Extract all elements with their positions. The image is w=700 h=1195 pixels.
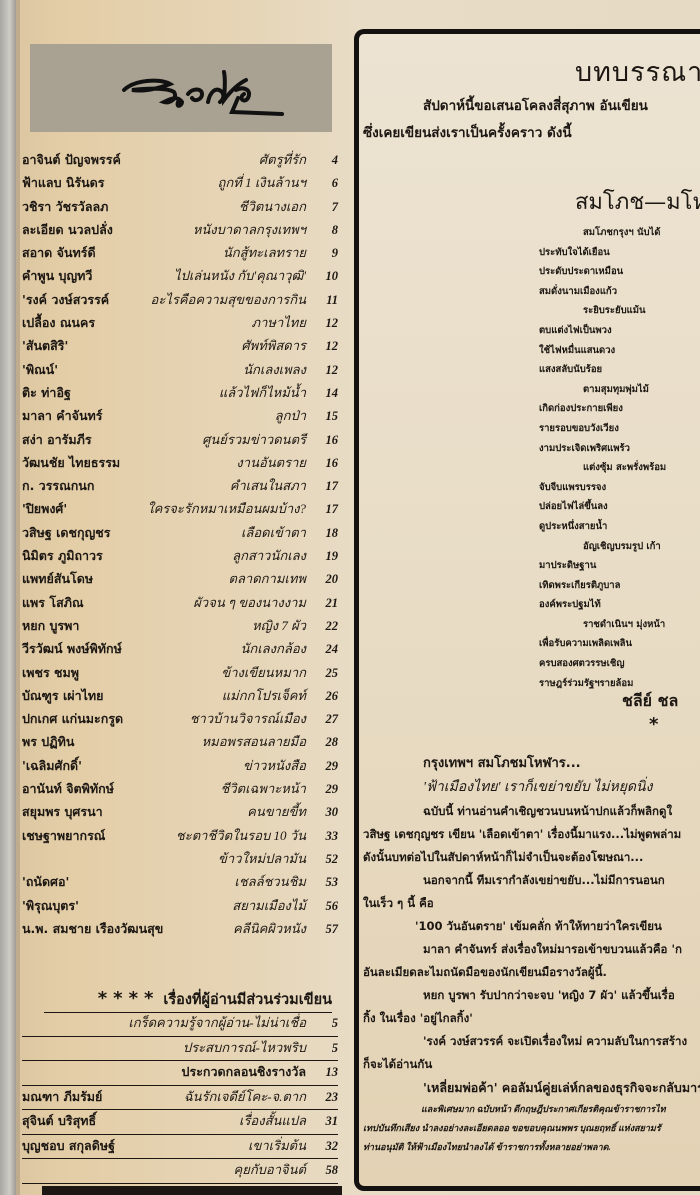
entry-title: ถูกที่ 1 เงินล้านฯ xyxy=(105,171,316,194)
entry-page: 17 xyxy=(316,498,338,521)
paragraph: และพิเศษมาก ฉบับหน้า ดีกฤษฎีประกาศเกียรต… xyxy=(363,1100,700,1119)
entry-page: 7 xyxy=(316,196,338,219)
entry-title: ข่าวหนังสือ xyxy=(82,754,316,777)
entry-page: 5 xyxy=(316,1037,338,1059)
contents-entry[interactable]: วีรวัฒน์ พงษ์พิทักษ์นักเลงกล้อง24 xyxy=(22,637,338,660)
asterisk-icons: **** xyxy=(98,988,160,1009)
paragraph: มาลา คำจันทร์ ส่งเรื่องใหม่มารอเข้าขบวนแ… xyxy=(363,938,700,961)
intro-line: สัปดาห์นี้ขอเสนอโคลงสี่สุภาพ อันเขียน xyxy=(363,93,700,120)
entry-title: ภาษาไทย xyxy=(95,311,316,334)
entry-page: 22 xyxy=(316,615,338,638)
entry-title: ชาวบ้านวิจารณ์เมือง xyxy=(123,707,316,730)
entry-title: แล้วไฟก็ไหม้น้ำ xyxy=(71,381,316,404)
entry-author: เปลื้อง ณนคร xyxy=(22,311,95,334)
contents-entry[interactable]: วชิรา วัชรวัลลภชีวิตนางเอก7 xyxy=(22,195,338,218)
entry-page: 27 xyxy=(316,708,338,731)
entry-page: 16 xyxy=(316,452,338,475)
paragraph: อันละเมียดละไมถนัดมือของนักเขียนมือรางวั… xyxy=(363,961,700,984)
entry-page: 13 xyxy=(316,1061,338,1083)
entry-title: ศูนย์รวมข่าวดนตรี xyxy=(92,428,316,451)
entry-author: สอาด จันทร์ดี xyxy=(22,241,96,264)
poem-line: ครบสองศตวรรษเชิญ xyxy=(539,654,700,674)
entry-author: 'พิณน์' xyxy=(22,358,58,381)
poem-line: เกิดก่องประกายเพียง xyxy=(539,399,700,419)
entry-page: 24 xyxy=(316,638,338,661)
contents-entry[interactable]: สง่า อารัมภีรศูนย์รวมข่าวดนตรี16 xyxy=(22,428,338,451)
contents-entry[interactable]: วสิษฐ เดชกุญชรเลือดเข้าตา18 xyxy=(22,521,338,544)
poem-line: องค์พระปฐมไท้ xyxy=(539,595,700,615)
poem-line: ตบแต่งไฟเป็นพวง xyxy=(539,321,700,341)
poem-line: รายรอบขอบวังเวียง xyxy=(539,419,700,439)
entry-author: นิมิตร ภูมิถาวร xyxy=(22,544,103,567)
entry-title: นักสู้ทะเลทราย xyxy=(96,241,316,264)
contents-entry[interactable]: นิมิตร ภูมิถาวรลูกสาวนักเลง19 xyxy=(22,544,338,567)
entry-page: 19 xyxy=(316,545,338,568)
editorial-box: บทบรรณาธิการ สัปดาห์นี้ขอเสนอโคลงสี่สุภา… xyxy=(354,29,700,1191)
paragraph: ในเร็ว ๆ นี้ คือ xyxy=(363,892,700,915)
paragraph: กิ้ง ในเรื่อง 'อยู่ไกลกิ้ง' xyxy=(363,1007,700,1030)
entry-author: 'สันตสิริ' xyxy=(22,334,68,357)
poem-line: ปล่อยไฟไล่ขึ้นลง xyxy=(539,497,700,517)
entry-page: 32 xyxy=(316,1135,338,1157)
entry-title: หนังบาดาลกรุงเทพฯ xyxy=(113,218,316,241)
entry-author: 'ถนัดศอ' xyxy=(22,870,69,893)
entry-title: เกร็ดความรู้จากผู้อ่าน-ไม่น่าเชื่อ xyxy=(22,1012,316,1034)
contents-entry[interactable]: เชษฐาพยากรณ์ชะตาชีวิตในรอบ 10 วัน33 xyxy=(22,824,338,847)
entry-page: 29 xyxy=(316,755,338,778)
entry-title: คนขายขี้ท xyxy=(103,800,316,823)
entry-page: 12 xyxy=(316,359,338,382)
entry-page: 9 xyxy=(316,242,338,265)
contents-entry[interactable]: คำพูน บุญทวีไปเล่นหนัง กับ'คุณาวุฒิ'10 xyxy=(22,264,338,287)
entry-title: ชะตาชีวิตในรอบ 10 วัน xyxy=(105,824,316,847)
entry-author: 'รงค์ วงษ์สวรรค์ xyxy=(22,288,109,311)
poem-line: แสงสลับนับร้อย xyxy=(539,360,700,380)
entry-author: อานันท์ จิตพิทักษ์ xyxy=(22,777,114,800)
entry-page: 8 xyxy=(316,219,338,242)
entry-title: นักเลงเพลง xyxy=(58,358,316,381)
entry-title: เรื่องสั้นแปล xyxy=(96,1110,316,1132)
editorial-body: กรุงเทพฯ สมโภชมโหฬาร... 'ฟ้าเมืองไทย' เร… xyxy=(363,752,700,1157)
contents-entry[interactable]: แพร โสภิณผัวจน ๆ ของนางงาม21 xyxy=(22,591,338,614)
entry-page: 23 xyxy=(316,1086,338,1108)
entry-title: ไปเล่นหนัง กับ'คุณาวุฒิ' xyxy=(92,264,316,287)
contents-entry[interactable]: สอาด จันทร์ดีนักสู้ทะเลทราย9 xyxy=(22,241,338,264)
entry-title: ข้างเขียนหมาก xyxy=(79,661,316,684)
binding-shadow xyxy=(16,0,20,1195)
contents-entry[interactable]: หยก บูรพาหญิง 7 ผัว22 xyxy=(22,614,338,637)
entry-page: 14 xyxy=(316,382,338,405)
page-binding xyxy=(0,0,16,1195)
poem-line: เพื่อรับความเพลิดเพลิน xyxy=(539,634,700,654)
entry-title: ประสบการณ์-ไหวพริบ xyxy=(22,1037,316,1059)
poem-line: ใช้ไฟหมื่นแสนดวง xyxy=(539,341,700,361)
entry-page: 26 xyxy=(316,685,338,708)
poem-line: มาประดิษฐาน xyxy=(539,556,700,576)
poem-line: สมดั่งนามเมืองแก้ว xyxy=(539,282,700,302)
entry-title: ใครจะรักหมาเหมือนผมบ้าง? xyxy=(67,497,316,520)
entry-author: ละเอียด นวลปลั่ง xyxy=(22,218,113,241)
entry-page: 20 xyxy=(316,568,338,591)
entry-author: วีรวัฒน์ พงษ์พิทักษ์ xyxy=(22,637,122,660)
entry-author: สง่า อารัมภีร xyxy=(22,428,92,451)
contents-entry[interactable]: 'ปิยพงศ์'ใครจะรักหมาเหมือนผมบ้าง?17 xyxy=(22,497,338,520)
entry-page: 10 xyxy=(316,265,338,288)
entry-page: 33 xyxy=(316,825,338,848)
contents-entry[interactable]: พร ปฏิทินหมอพรสอนลายมือ28 xyxy=(22,730,338,753)
paragraph: ฉบับนี้ ท่านอ่านคำเชิญชวนบนหน้าปกแล้วก็พ… xyxy=(363,800,700,823)
entry-page: 12 xyxy=(316,312,338,335)
entry-page: 53 xyxy=(316,871,338,894)
entry-page: 28 xyxy=(316,731,338,754)
entry-title: ลูกป่า xyxy=(103,404,317,427)
entry-author: ติะ ท่าอิฐ xyxy=(22,381,71,404)
entry-page: 16 xyxy=(316,429,338,452)
entry-title: เขาเริ่มต้น xyxy=(115,1135,316,1157)
paragraph: ก็จะได้อ่านกัน xyxy=(363,1053,700,1076)
reader-entry[interactable]: ประกวดกลอนชิงรางวัล13 xyxy=(22,1061,338,1086)
contents-entry[interactable]: มาลา คำจันทร์ลูกป่า15 xyxy=(22,404,338,427)
poem-line: ราชดำเนินฯ มุ่งหน้า xyxy=(539,615,700,635)
contents-entry[interactable]: ติะ ท่าอิฐแล้วไฟก็ไหม้น้ำ14 xyxy=(22,381,338,404)
entry-title: เชลล์ชวนชิม xyxy=(69,870,316,893)
entry-page: 31 xyxy=(316,1110,338,1132)
entry-author: มณฑา ภีมรัมย์ xyxy=(22,1086,102,1108)
entry-title: คำเสนในสภา xyxy=(94,474,316,497)
contents-calligraphy-logo: สารบัญ xyxy=(120,62,290,122)
poem-title: สมโภช—มโห xyxy=(575,184,700,219)
paragraph: '100 วันอันตราย' เข้มคลั่ก ท้าให้ทายว่าใ… xyxy=(363,915,700,938)
entry-page: 11 xyxy=(316,289,338,312)
table-of-contents: สารบัญ อาจินต์ ปัญจพรรค์ศัตรูที่รัก4 ฟ้า… xyxy=(22,0,342,1195)
entry-title: อะไรคือความสุขของการกิน xyxy=(109,288,316,311)
entry-title: ชีวิตเฉพาะหน้า xyxy=(114,777,316,800)
contents-entry[interactable]: น.พ. สมชาย เรืองวัฒนสุขคลีนิคผิวหนัง57 xyxy=(22,917,338,940)
reader-entry[interactable]: บุญชอบ สกุลดิษฐ์เขาเริ่มต้น32 xyxy=(22,1135,338,1160)
reader-entry[interactable]: เกร็ดความรู้จากผู้อ่าน-ไม่น่าเชื่อ5 xyxy=(22,1012,338,1037)
entry-page: 18 xyxy=(316,522,338,545)
editorial-intro: สัปดาห์นี้ขอเสนอโคลงสี่สุภาพ อันเขียน ซึ… xyxy=(363,93,700,147)
entry-title: ฉันรักเจดีย์โคะ-จ.ตาก xyxy=(102,1086,316,1108)
poem-line: ดูประหนึ่งสายน้ำ xyxy=(539,517,700,537)
contents-entry[interactable]: 'เฉลิมศักดิ์'ข่าวหนังสือ29 xyxy=(22,754,338,777)
reader-section-heading: ****เรื่องที่ผู้อ่านมีส่วนร่วมเขียน xyxy=(44,988,332,1013)
entry-title: แม่กกโปรเจ็คท์ xyxy=(103,684,316,707)
entry-page: 15 xyxy=(316,405,338,428)
magazine-page: สารบัญ อาจินต์ ปัญจพรรค์ศัตรูที่รัก4 ฟ้า… xyxy=(0,0,700,1195)
entry-author: สุจินต์ บริสุทธิ์ xyxy=(22,1110,96,1132)
entry-author: วัฒนชัย ไทยธรรม xyxy=(22,451,120,474)
entry-title: หมอพรสอนลายมือ xyxy=(74,730,316,753)
poem-line: ตามสุมทุมพุ่มไม้ xyxy=(539,380,700,400)
entry-author: แพร โสภิณ xyxy=(22,591,84,614)
contents-entry[interactable]: เพชร ชมพูข้างเขียนหมาก25 xyxy=(22,661,338,684)
entry-title: ลูกสาวนักเลง xyxy=(103,544,316,567)
entry-title: คุยกับอาจินต์ xyxy=(22,1159,316,1181)
entry-page: 57 xyxy=(316,918,338,941)
paragraph: 'ฟ้าเมืองไทย' เราก็เขย่าขยับ ไม่หยุดนิ่ง xyxy=(363,776,700,800)
paragraph: เทปบันทึกเสียง นำลงอย่างละเอียดลออ ขอขอบ… xyxy=(363,1119,700,1138)
contents-logo-box: สารบัญ xyxy=(30,44,332,132)
paragraph: วสิษฐ เดชกุญชร เขียน 'เลือดเข้าตา' เรื่อ… xyxy=(363,823,700,846)
entry-title: ตลาดกามเทพ xyxy=(93,567,316,590)
poem-line: ระยิบระยับแม้น xyxy=(539,301,700,321)
entry-author: มาลา คำจันทร์ xyxy=(22,404,103,427)
entry-title: ประกวดกลอนชิงรางวัล xyxy=(22,1061,316,1083)
contents-entry[interactable]: เปลื้อง ณนครภาษาไทย12 xyxy=(22,311,338,334)
reader-section-title: เรื่องที่ผู้อ่านมีส่วนร่วมเขียน xyxy=(163,992,332,1008)
entry-page: 29 xyxy=(316,778,338,801)
poem-line: ประทับใจได้เยือน xyxy=(539,243,700,263)
poem-line: เทิดพระเกียรติภูบาล xyxy=(539,576,700,596)
entry-title: เลือดเข้าตา xyxy=(110,521,316,544)
entry-page: 58 xyxy=(316,1159,338,1181)
entry-title: นักเลงกล้อง xyxy=(122,637,316,660)
entry-author: หยก บูรพา xyxy=(22,614,79,637)
reader-entry[interactable]: คุยกับอาจินต์58 xyxy=(22,1159,338,1184)
entry-author: น.พ. สมชาย เรืองวัฒนสุข xyxy=(22,917,163,940)
paragraph: กรุงเทพฯ สมโภชมโหฬาร... xyxy=(363,752,700,776)
entry-author: แพทย์สันโดษ xyxy=(22,567,93,590)
contents-entry[interactable]: ฟ้าแลบ นิรันดรถูกที่ 1 เงินล้านฯ6 xyxy=(22,171,338,194)
contents-entry[interactable]: ละเอียด นวลปลั่งหนังบาดาลกรุงเทพฯ8 xyxy=(22,218,338,241)
reader-entry[interactable]: มณฑา ภีมรัมย์ฉันรักเจดีย์โคะ-จ.ตาก23 xyxy=(22,1086,338,1111)
entry-author: สยุมพร บุศรนา xyxy=(22,800,103,823)
entry-author: ฟ้าแลบ นิรันดร xyxy=(22,171,105,194)
contents-entry[interactable]: 'พิณน์'นักเลงเพลง12 xyxy=(22,358,338,381)
entry-title: ชีวิตนางเอก xyxy=(108,195,316,218)
entry-title: งานอันตราย xyxy=(120,451,316,474)
entry-title: หญิง 7 ผัว xyxy=(79,614,316,637)
entry-page: 56 xyxy=(316,895,338,918)
paragraph: ท่านอนุมัติ ให้ฟ้าเมืองไทยนำลงได้ ข้าราช… xyxy=(363,1138,700,1157)
contents-entry[interactable]: 'สันตสิริ'ศัพท์พิสดาร12 xyxy=(22,334,338,357)
contents-entry[interactable]: 'รงค์ วงษ์สวรรค์อะไรคือความสุขของการกิน1… xyxy=(22,288,338,311)
paragraph: หยก บูรพา รับปากว่าจะจบ 'หญิง 7 ผัว' แล้… xyxy=(363,984,700,1007)
poem-line: ประดับประดาเหมือน xyxy=(539,262,700,282)
entry-author: เพชร ชมพู xyxy=(22,661,79,684)
entry-author: พร ปฏิทิน xyxy=(22,730,74,753)
poem-line: จับจีบแพรบรรจง xyxy=(539,478,700,498)
editorial-title: บทบรรณาธิการ xyxy=(575,50,700,93)
entry-author: ปกเกศ แก่นมะกรูด xyxy=(22,707,123,730)
asterisk-divider-icon: * xyxy=(649,714,658,735)
entry-page: 6 xyxy=(316,172,338,195)
entry-author: 'พิรุณบุตร' xyxy=(22,894,79,917)
contents-entry[interactable]: 'ถนัดศอ'เชลล์ชวนชิม53 xyxy=(22,870,338,893)
contents-entry[interactable]: ก. วรรณกนกคำเสนในสภา17 xyxy=(22,474,338,497)
paragraph: 'รงค์ วงษ์สวรรค์ จะเปิดเรื่องใหม่ ความลั… xyxy=(363,1030,700,1053)
contents-entry[interactable]: บัณฑูร เผ่าไทยแม่กกโปรเจ็คท์26 xyxy=(22,684,338,707)
contents-entry[interactable]: สยุมพร บุศรนาคนขายขี้ท30 xyxy=(22,800,338,823)
contents-entry[interactable]: 'พิรุณบุตร'สยามเมืองไม้56 xyxy=(22,894,338,917)
entry-author: 'เฉลิมศักดิ์' xyxy=(22,754,82,777)
reader-entry[interactable]: ประสบการณ์-ไหวพริบ5 xyxy=(22,1037,338,1062)
contents-entries: อาจินต์ ปัญจพรรค์ศัตรูที่รัก4 ฟ้าแลบ นิร… xyxy=(22,148,338,940)
paragraph: 'เหลี่ยมพ่อค้า' คอลัมน์คู่ยเล่ห์กลของธุร… xyxy=(363,1076,700,1100)
entry-title: ศัตรูที่รัก xyxy=(121,148,316,171)
paragraph: ดังนั้นบทต่อไปในสัปดาห์หน้าก็ไม่จำเป็นจะ… xyxy=(363,846,700,869)
entry-author: เชษฐาพยากรณ์ xyxy=(22,824,105,847)
entry-page: 4 xyxy=(316,149,338,172)
entry-author: อาจินต์ ปัญจพรรค์ xyxy=(22,148,121,171)
contents-entry[interactable]: อาจินต์ ปัญจพรรค์ศัตรูที่รัก4 xyxy=(22,148,338,171)
entry-author: ก. วรรณกนก xyxy=(22,474,94,497)
contents-entry[interactable]: ปกเกศ แก่นมะกรูดชาวบ้านวิจารณ์เมือง27 xyxy=(22,707,338,730)
contents-entry[interactable]: แพทย์สันโดษตลาดกามเทพ20 xyxy=(22,567,338,590)
entry-page: 30 xyxy=(316,801,338,824)
entry-title: ศัพท์พิสดาร xyxy=(68,334,316,357)
reader-section-entries: เกร็ดความรู้จากผู้อ่าน-ไม่น่าเชื่อ5 ประส… xyxy=(22,1012,338,1184)
entry-title: ผัวจน ๆ ของนางงาม xyxy=(84,591,316,614)
entry-title: สยามเมืองไม้ xyxy=(79,894,316,917)
entry-author: บุญชอบ สกุลดิษฐ์ xyxy=(22,1135,115,1157)
poem-line: สมโภชกรุงฯ นับได้ xyxy=(539,223,700,243)
contents-entry[interactable]: อานันท์ จิตพิทักษ์ชีวิตเฉพาะหน้า29 xyxy=(22,777,338,800)
bottom-rule xyxy=(42,1186,342,1195)
entry-author: วชิรา วัชรวัลลภ xyxy=(22,195,108,218)
entry-page: 21 xyxy=(316,592,338,615)
poem-author-signature: ชลีย์ ชล xyxy=(622,689,678,714)
entry-page: 5 xyxy=(316,1012,338,1034)
poem-line: แต่งซุ้ม สะพรั่งพร้อม xyxy=(539,458,700,478)
contents-entry[interactable]: ข้าวใหม่ปลามัน52 xyxy=(22,847,338,870)
entry-author: 'ปิยพงศ์' xyxy=(22,497,67,520)
entry-page: 12 xyxy=(316,335,338,358)
contents-entry[interactable]: วัฒนชัย ไทยธรรมงานอันตราย16 xyxy=(22,451,338,474)
reader-entry[interactable]: สุจินต์ บริสุทธิ์เรื่องสั้นแปล31 xyxy=(22,1110,338,1135)
entry-page: 17 xyxy=(316,475,338,498)
intro-line: ซึ่งเคยเขียนส่งเราเป็นครั้งคราว ดังนี้ xyxy=(363,120,700,147)
entry-page: 52 xyxy=(316,848,338,871)
entry-page: 25 xyxy=(316,662,338,685)
entry-author: บัณฑูร เผ่าไทย xyxy=(22,684,103,707)
entry-author: วสิษฐ เดชกุญชร xyxy=(22,521,110,544)
poem-line: อัญเชิญบรมรูป เก้า xyxy=(539,537,700,557)
poem-line: งามประเจิดเพริศแพร้ว xyxy=(539,439,700,459)
entry-title: ข้าวใหม่ปลามัน xyxy=(22,847,316,870)
entry-author: คำพูน บุญทวี xyxy=(22,264,92,287)
paragraph: นอกจากนี้ ทีมเรากำลังเขย่าขยับ...ไม่มีกา… xyxy=(363,869,700,892)
poem-column: สมโภชกรุงฯ นับได้ ประทับใจได้เยือน ประดั… xyxy=(539,223,700,693)
entry-title: คลีนิคผิวหนัง xyxy=(163,917,316,940)
